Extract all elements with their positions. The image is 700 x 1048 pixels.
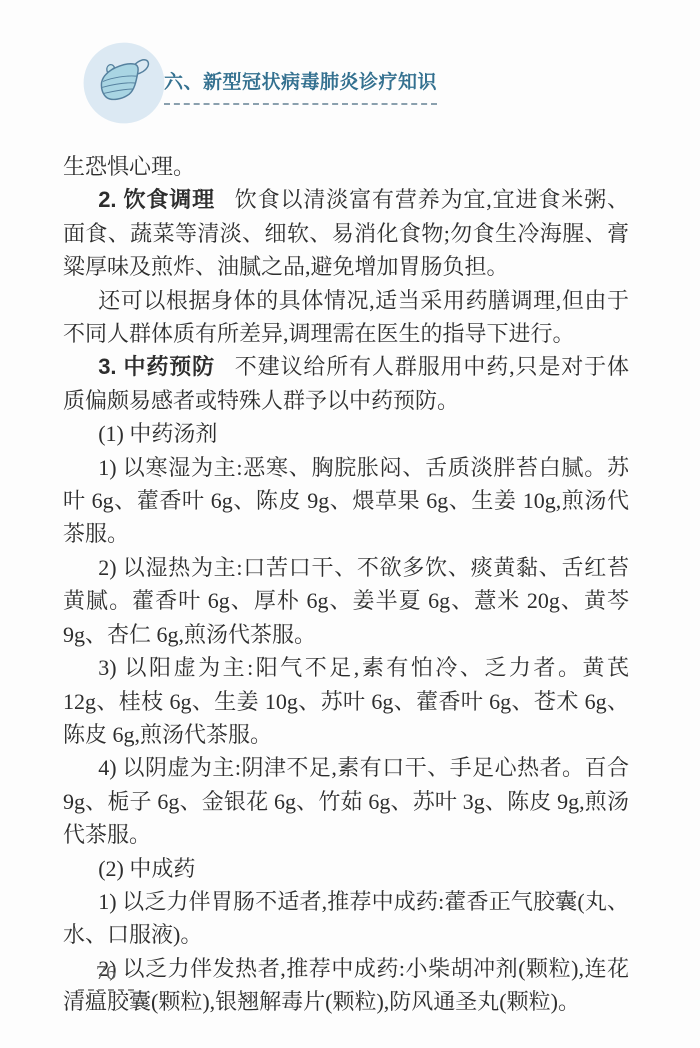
paragraph: 3) 以阳虚为主:阳气不足,素有怕冷、乏力者。黄芪 12g、桂枝 6g、生姜 1… xyxy=(63,651,629,751)
paragraph: 4) 以阴虚为主:阴津不足,素有口干、手足心热者。百合 9g、栀子 6g、金银花… xyxy=(63,751,629,851)
paragraph-text: 1) 以乏力伴胃肠不适者,推荐中成药:藿香正气胶囊(丸、水、口服液)。 xyxy=(63,889,629,947)
paragraph-text: 1) 以寒湿为主:恶寒、胸脘胀闷、舌质淡胖苔白腻。苏叶 6g、藿香叶 6g、陈皮… xyxy=(63,455,629,547)
page-footer: 76 xyxy=(78,962,134,991)
paragraph: 还可以根据身体的具体情况,适当采用药膳调理,但由于不同人群体质有所差异,调理需在… xyxy=(63,284,629,351)
paragraph-text: 3) 以阳虚为主:阳气不足,素有怕冷、乏力者。黄芪 12g、桂枝 6g、生姜 1… xyxy=(63,655,629,747)
paragraph: 2) 以湿热为主:口苦口干、不欲多饮、痰黄黏、舌红苔黄腻。藿香叶 6g、厚朴 6… xyxy=(63,551,629,651)
paragraph-lead: 3. 中药预防 xyxy=(98,354,215,379)
paragraph: 1) 以乏力伴胃肠不适者,推荐中成药:藿香正气胶囊(丸、水、口服液)。 xyxy=(63,885,629,952)
paragraph: 2) 以乏力伴发热者,推荐中成药:小柴胡冲剂(颗粒),连花清瘟胶囊(颗粒),银翘… xyxy=(63,952,629,1019)
page-number: 76 xyxy=(78,962,134,985)
chapter-header: 六、新型冠状病毒肺炎诊疗知识 xyxy=(164,67,437,105)
paragraph-text: 2) 以乏力伴发热者,推荐中成药:小柴胡冲剂(颗粒),连花清瘟胶囊(颗粒),银翘… xyxy=(63,956,629,1014)
paragraph: (2) 中成药 xyxy=(63,852,629,885)
face-mask-icon xyxy=(81,40,167,126)
paragraph-text: (1) 中药汤剂 xyxy=(98,421,217,446)
paragraph: 2. 饮食调理饮食以清淡富有营养为宜,宜进食米粥、面食、蔬菜等清淡、细软、易消化… xyxy=(63,183,629,283)
paragraph: 1) 以寒湿为主:恶寒、胸脘胀闷、舌质淡胖苔白腻。苏叶 6g、藿香叶 6g、陈皮… xyxy=(63,451,629,551)
paragraph-text: (2) 中成药 xyxy=(98,856,195,881)
paragraph: (1) 中药汤剂 xyxy=(63,417,629,450)
book-page: 六、新型冠状病毒肺炎诊疗知识 生恐惧心理。 2. 饮食调理饮食以清淡富有营养为宜… xyxy=(0,0,700,1048)
paragraph: 生恐惧心理。 xyxy=(63,150,629,183)
page-body: 生恐惧心理。 2. 饮食调理饮食以清淡富有营养为宜,宜进食米粥、面食、蔬菜等清淡… xyxy=(63,150,629,1019)
paragraph-text: 2) 以湿热为主:口苦口干、不欲多饮、痰黄黏、舌红苔黄腻。藿香叶 6g、厚朴 6… xyxy=(63,555,629,647)
paragraph-text: 生恐惧心理。 xyxy=(63,154,195,179)
chapter-title: 六、新型冠状病毒肺炎诊疗知识 xyxy=(164,67,437,94)
paragraph-lead: 2. 饮食调理 xyxy=(98,187,215,212)
paragraph: 3. 中药预防不建议给所有人群服用中药,只是对于体质偏颇易感者或特殊人群予以中药… xyxy=(63,350,629,417)
footer-dashed-line xyxy=(78,989,134,991)
paragraph-text: 还可以根据身体的具体情况,适当采用药膳调理,但由于不同人群体质有所差异,调理需在… xyxy=(63,288,629,346)
paragraph-text: 4) 以阴虚为主:阴津不足,素有口干、手足心热者。百合 9g、栀子 6g、金银花… xyxy=(63,755,629,847)
title-dashed-underline xyxy=(164,103,437,105)
